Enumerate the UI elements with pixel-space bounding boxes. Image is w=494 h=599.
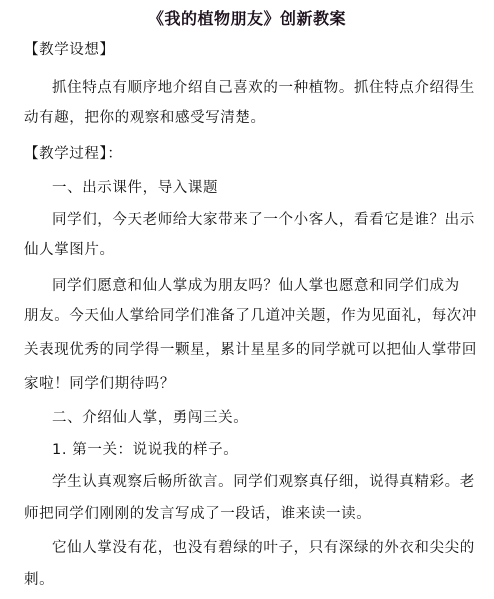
section-heading-teaching-process: 【教学过程】： xyxy=(24,144,122,164)
paragraph-line: 家啦！同学们期待吗？ xyxy=(24,374,175,394)
paragraph-line: 关表现优秀的同学得一颗星，累计星星多的同学就可以把仙人掌带回 xyxy=(24,340,477,360)
paragraph-line: 动有趣，把你的观察和感受写清楚。 xyxy=(24,108,266,128)
paragraph-line: 它仙人掌没有花，也没有碧绿的叶子，只有深绿的外衣和尖尖的 xyxy=(52,538,475,558)
section-heading-teaching-concept: 【教学设想】 xyxy=(24,40,115,60)
paragraph-line: 仙人掌图片。 xyxy=(24,240,115,260)
paragraph-line: 同学们愿意和仙人掌成为朋友吗？仙人掌也愿意和同学们成为 xyxy=(52,276,460,296)
paragraph-line: 同学们，今天老师给大家带来了一个小客人，看看它是谁？出示 xyxy=(52,210,475,230)
paragraph-line: 学生认真观察后畅所欲言。同学们观察真仔细，说得真精彩。老 xyxy=(52,472,475,492)
paragraph-line: 师把同学们刚刚的发言写成了一段话，谁来读一读。 xyxy=(24,504,371,524)
subheading-step-one: 一、出示课件，导入课题 xyxy=(52,178,218,198)
paragraph-line: 刺。 xyxy=(24,570,54,590)
subheading-step-two: 二、介绍仙人掌，勇闯三关。 xyxy=(52,408,248,428)
paragraph-line: 抓住特点有顺序地介绍自己喜欢的一种植物。抓住特点介绍得生 xyxy=(52,78,475,98)
paragraph-line: 朋友。今天仙人掌给同学们准备了几道冲关题，作为见面礼，每次冲 xyxy=(24,306,477,326)
document-title: 《我的植物朋友》创新教案 xyxy=(0,8,494,30)
subheading-level-one: 1. 第一关：说说我的样子。 xyxy=(52,440,238,460)
